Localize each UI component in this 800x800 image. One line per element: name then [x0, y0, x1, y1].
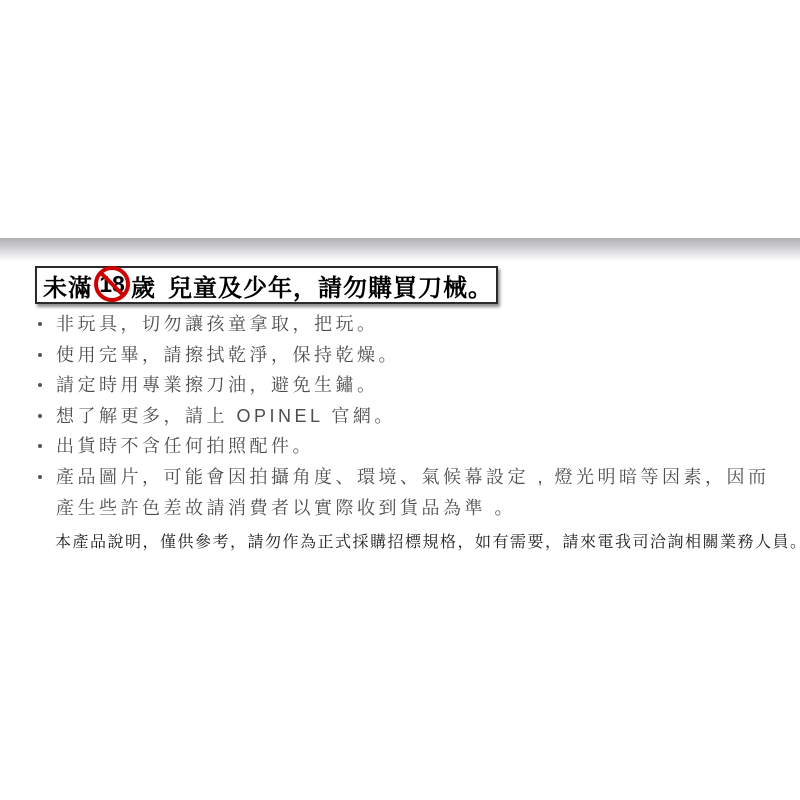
notice-text: 出貨時不含任何拍照配件。 — [56, 436, 314, 456]
list-item: 請定時用專業擦刀油，避免生鏽。 — [35, 370, 772, 401]
notice-text: 非玩具，切勿讓孩童拿取，把玩。 — [56, 314, 379, 334]
age-warning-banner: 未滿 18 歲 兒童及少年，請勿購買刀械。 — [35, 266, 498, 304]
notice-text: 使用完畢，請擦拭乾淨，保持乾燥。 — [56, 345, 400, 365]
list-item: 想了解更多，請上 OPINEL 官網。 — [35, 401, 772, 432]
banner-text-rest: 兒童及少年，請勿購買刀械。 — [168, 268, 493, 303]
bullet-dot-icon — [38, 475, 42, 479]
notice-text: 產品圖片，可能會因拍攝角度、環境、氣候幕設定 , 燈光明暗等因素，因而產生些許色… — [56, 467, 770, 518]
banner-text-suffix: 歲 — [131, 268, 156, 303]
notice-list: 非玩具，切勿讓孩童拿取，把玩。 使用完畢，請擦拭乾淨，保持乾燥。 請定時用專業擦… — [35, 309, 772, 523]
bullet-dot-icon — [38, 414, 42, 418]
notice-text: 想了解更多，請上 OPINEL 官網。 — [56, 406, 396, 426]
bullet-dot-icon — [38, 353, 42, 357]
list-item: 非玩具，切勿讓孩童拿取，把玩。 — [35, 309, 772, 340]
disclaimer-footnote: 本產品說明，僅供參考，請勿作為正式採購招標規格，如有需要，請來電我司洽詢相關業務… — [55, 528, 785, 558]
notice-text: 請定時用專業擦刀油，避免生鏽。 — [56, 375, 379, 395]
banner-text-prefix: 未滿 — [43, 268, 93, 303]
list-item: 出貨時不含任何拍照配件。 — [35, 431, 772, 462]
list-item: 使用完畢，請擦拭乾淨，保持乾燥。 — [35, 340, 772, 371]
prohibition-18-icon: 18 — [94, 266, 130, 302]
bullet-dot-icon — [38, 383, 42, 387]
product-notice-page: 未滿 18 歲 兒童及少年，請勿購買刀械。 非玩具，切勿讓孩童拿取，把玩。 使用… — [0, 0, 800, 800]
section-divider-shadow — [0, 238, 800, 262]
bullet-dot-icon — [38, 322, 42, 326]
bullet-dot-icon — [38, 444, 42, 448]
list-item: 產品圖片，可能會因拍攝角度、環境、氣候幕設定 , 燈光明暗等因素，因而產生些許色… — [35, 462, 772, 523]
